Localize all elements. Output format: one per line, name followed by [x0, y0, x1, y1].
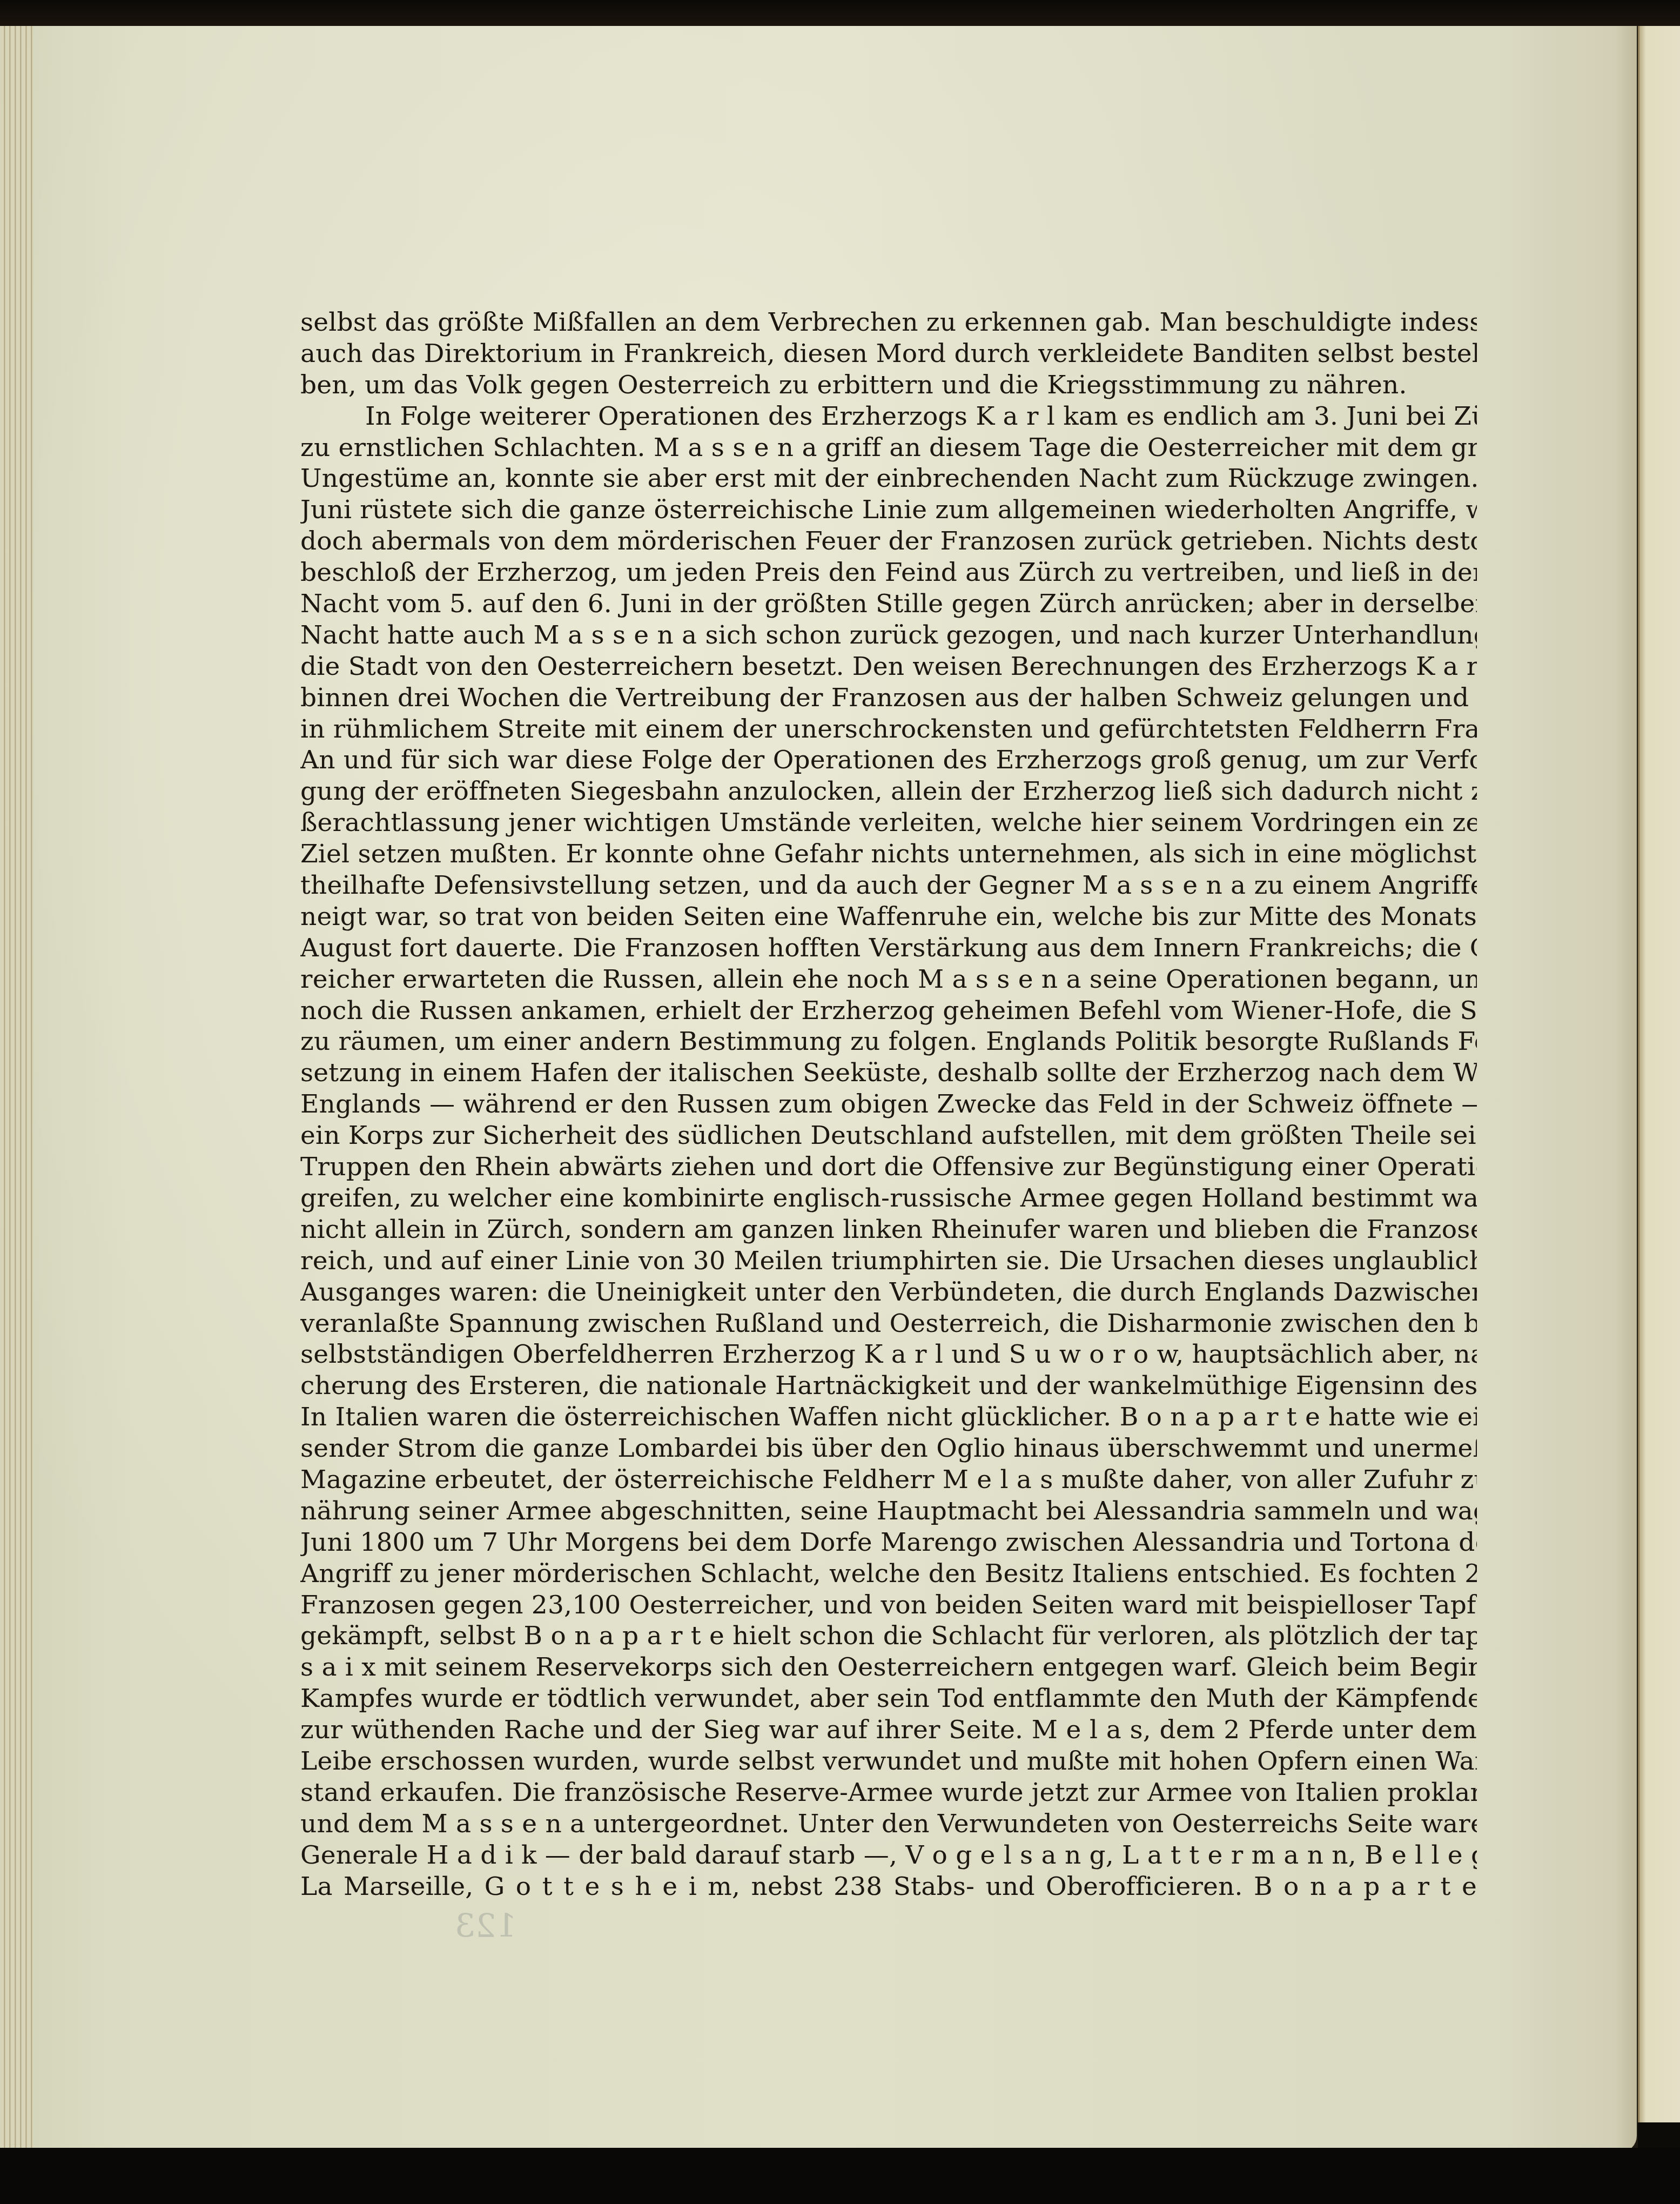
text-line: An und für sich war diese Folge der Oper…: [300, 745, 1477, 776]
text-line: auch das Direktorium in Frankreich, dies…: [300, 338, 1477, 370]
text-line: cherung des Ersteren, die nationale Hart…: [300, 1370, 1477, 1402]
text-line: ein Korps zur Sicherheit des südlichen D…: [300, 1120, 1477, 1151]
text-line: Truppen den Rhein abwärts ziehen und dor…: [300, 1151, 1477, 1183]
text-line: August fort dauerte. Die Franzosen hofft…: [300, 933, 1477, 964]
text-line: die Stadt von den Oesterreichern besetzt…: [300, 651, 1477, 682]
text-line: doch abermals von dem mörderischen Feuer…: [300, 526, 1477, 557]
scan-background-bottom: [0, 2148, 1680, 2204]
text-line: Franzosen gegen 23,100 Oesterreicher, un…: [300, 1590, 1477, 1621]
text-line: Magazine erbeutet, der österreichische F…: [300, 1464, 1477, 1496]
text-line: Generale H a d i k — der bald darauf sta…: [300, 1840, 1477, 1871]
text-line: und dem M a s s e n a untergeordnet. Unt…: [300, 1808, 1477, 1840]
text-line: selbst das größte Mißfallen an dem Verbr…: [300, 307, 1477, 338]
text-line: Nacht vom 5. auf den 6. Juni in der größ…: [300, 588, 1477, 620]
text-line: reich, und auf einer Linie von 30 Meilen…: [300, 1245, 1477, 1277]
text-line: nährung seiner Armee abgeschnitten, sein…: [300, 1496, 1477, 1527]
text-line: binnen drei Wochen die Vertreibung der F…: [300, 682, 1477, 714]
scan-background-top: [0, 0, 1680, 27]
text-line: zu ernstlichen Schlachten. M a s s e n a…: [300, 432, 1477, 464]
page-fold-shadow: [1615, 26, 1638, 2152]
text-line: Ausganges waren: die Uneinigkeit unter d…: [300, 1277, 1477, 1308]
text-line: gung der eröffneten Siegesbahn anzulocke…: [300, 776, 1477, 807]
text-line: zur wüthenden Rache und der Sieg war auf…: [300, 1714, 1477, 1746]
text-line: Leibe erschossen wurden, wurde selbst ve…: [300, 1746, 1477, 1777]
text-line: Ziel setzen mußten. Er konnte ohne Gefah…: [300, 839, 1477, 870]
text-line: Angriff zu jener mörderischen Schlacht, …: [300, 1558, 1477, 1590]
showthrough-page-number: 123: [455, 1907, 517, 1945]
text-line: beschloß der Erzherzog, um jeden Preis d…: [300, 557, 1477, 588]
text-line: nicht allein in Zürch, sondern am ganzen…: [300, 1214, 1477, 1245]
text-line: theilhafte Defensivstellung setzen, und …: [300, 870, 1477, 901]
text-line: greifen, zu welcher eine kombinirte engl…: [300, 1183, 1477, 1214]
text-line: selbstständigen Oberfeldherren Erzherzog…: [300, 1339, 1477, 1370]
text-line: La Marseille, G o t t e s h e i m, nebst…: [300, 1871, 1477, 1902]
body-text: selbst das größte Mißfallen an dem Verbr…: [300, 307, 1477, 1902]
text-line: ßerachtlassung jener wichtigen Umstände …: [300, 807, 1477, 839]
text-line: ben, um das Volk gegen Oesterreich zu er…: [300, 370, 1477, 401]
text-line: setzung in einem Hafen der italischen Se…: [300, 1057, 1477, 1089]
text-line: gekämpft, selbst B o n a p a r t e hielt…: [300, 1620, 1477, 1652]
text-line: Juni rüstete sich die ganze österreichis…: [300, 494, 1477, 526]
text-line: Kampfes wurde er tödtlich verwundet, abe…: [300, 1683, 1477, 1714]
text-line: neigt war, so trat von beiden Seiten ein…: [300, 901, 1477, 933]
text-line: Englands — während er den Russen zum obi…: [300, 1089, 1477, 1120]
text-line: In Italien waren die österreichischen Wa…: [300, 1402, 1477, 1433]
text-line: in rühmlichem Streite mit einem der uner…: [300, 714, 1477, 745]
text-line: sender Strom die ganze Lombardei bis übe…: [300, 1433, 1477, 1464]
text-line: zu räumen, um einer andern Bestimmung zu…: [300, 1026, 1477, 1057]
text-line: noch die Russen ankamen, erhielt der Erz…: [300, 995, 1477, 1027]
text-line: Ungestüme an, konnte sie aber erst mit d…: [300, 463, 1477, 494]
text-line: Juni 1800 um 7 Uhr Morgens bei dem Dorfe…: [300, 1527, 1477, 1558]
text-line: Nacht hatte auch M a s s e n a sich scho…: [300, 620, 1477, 651]
text-line: stand erkaufen. Die französische Reserve…: [300, 1777, 1477, 1808]
text-line: reicher erwarteten die Russen, allein eh…: [300, 964, 1477, 995]
text-line: veranlaßte Spannung zwischen Rußland und…: [300, 1308, 1477, 1339]
paragraph-start-line: In Folge weiterer Operationen des Erzher…: [300, 401, 1477, 432]
adjacent-page-strip: [1638, 26, 1680, 2122]
text-line: s a i x mit seinem Reservekorps sich den…: [300, 1652, 1477, 1683]
page-stack-edges: [0, 26, 33, 2152]
